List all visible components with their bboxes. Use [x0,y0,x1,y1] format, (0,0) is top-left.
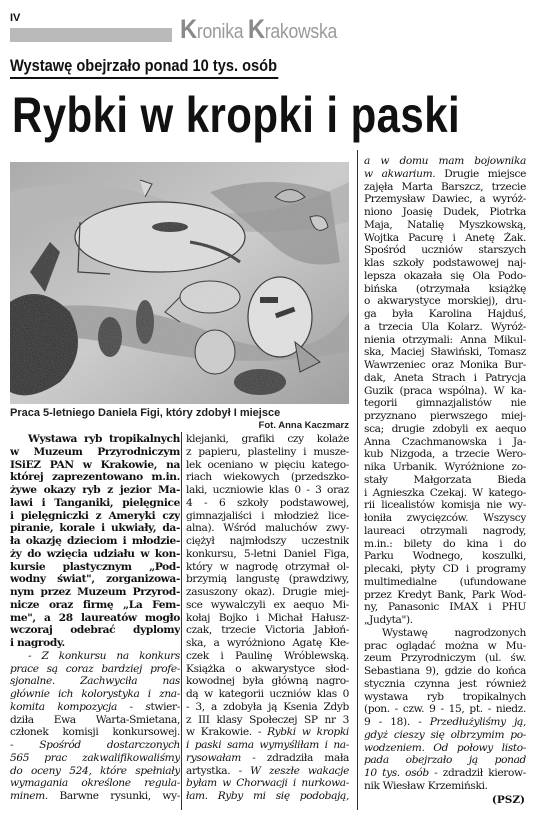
text-line: czak, trzecie Victoria Jabłoń- [186,624,349,637]
text-line: łoniła zwycięzców. Wszyscy [364,512,526,525]
text-line: i Agnieszka Czekaj. W katego- [364,487,526,500]
text-line: rii licealistów komisja nie wy- [364,499,526,512]
text-line: ska, a wyróżniono Agatę Kłe- [186,637,349,650]
text-line: lek oceniano w pięciu katego- [186,459,349,472]
text-line: rysowałam - zdradziła mała [186,752,349,765]
text-line: alna). Wśród maluchów zwy- [186,522,349,535]
text-line: plecaki, płyty CD i programy [364,563,526,576]
text-line: - 3, a zdobyła ją Ksenia Zdyb [186,701,349,714]
text-line: Maja, Natalię Myszkowską, [364,219,526,232]
text-line: ży do wzięcia udziału w kon- [10,548,180,561]
text-line: w akwarium. Drugie miejsce [364,168,526,181]
text-line: tegorii gimnazjalistów nie [364,397,526,410]
text-line: i paski sama wymyśliłam i na- [186,739,349,752]
text-line: kub Nizgoda, a trzecie Wero- [364,448,526,461]
text-line: sjonalne. Zachwyciła nas [10,675,180,688]
text-line: przez Kredyt Bank, Park Wod- [364,589,526,602]
text-line: komita kompozycja - stwier- [10,701,180,714]
text-line: pada obejrzało ją ponad [364,754,526,767]
text-line: wczoraj odebrać dyplomy [10,624,180,637]
text-line: 9 - 18). - Przedłużyliśmy ją, [364,716,526,729]
article-column-2: klejanki, grafiki czy kolażez papieru, p… [186,433,349,803]
text-line: wymagania określone regula- [10,777,180,790]
section-title-part: ronika [197,21,248,43]
text-line: klas szkoły podstawowej naj- [364,257,526,270]
text-line: m.in.: bilety do kina i do [364,538,526,551]
text-line: wodny świat", zorganizowa- [10,573,180,586]
text-line: łam. Ryby mi się podobają, [186,790,349,803]
text-line: nika Urbanik. Wyróżnione zo- [364,461,526,474]
text-line: Spośród uczniów starszych [364,244,526,257]
text-line: kursie plastycznym „Pod- [10,561,180,574]
text-line: 565 prac zakwalifikowaliśmy [10,752,180,765]
column-divider [181,432,182,810]
text-line: wystawa ryb tropikalnych [364,691,526,704]
text-line: ga była Karolina Hajduś, [364,308,526,321]
text-line: stały Małgorzata Bieda [364,474,526,487]
article-column-1: Wystawa ryb tropikalnychw Muzeum Przyrod… [10,433,180,803]
text-line: żywe okazy ryb z jezior Ma- [10,484,180,497]
text-line: Anna Czachmanowska i Ja- [364,436,526,449]
text-line: riach wiekowych (przedszko- [186,471,349,484]
fish-drawing-image [10,162,349,404]
text-line: artystka. - W zeszłe wakacje [186,765,349,778]
text-line: multimedialne (ufundowane [364,576,526,589]
section-title: Kronika Krakowska [180,14,337,45]
section-title-part: rakowska [265,21,337,43]
text-line: przyznano pierwszego miej- [364,410,526,423]
text-line: Wystawa ryb tropikalnych [10,433,180,446]
text-line: - Z konkursu na konkurs [10,650,180,663]
text-line: piranie, korale i ukwiały, da- [10,522,180,535]
text-line: byłam w Chorwacji i nurkowa- [186,777,349,790]
text-line: Wystawę nagrodzonych [364,627,526,640]
text-line: o akwarystyce morskiej), dru- [364,295,526,308]
text-line: nienia otrzymali: Anna Mikul- [364,334,526,347]
text-line: gimnazjaliści i młodzież lice- [186,510,349,523]
text-line: sce wywalczyli ex aequo Mi- [186,599,349,612]
text-line: wodzeniem. Od połowy listo- [364,742,526,755]
text-line: prac oglądać można w Mu- [364,640,526,653]
text-line: a w domu mam bojownika [364,155,526,168]
article-photo [10,162,349,404]
text-line: kołaj Bojko i Michał Hałusz- [186,612,349,625]
section-bar [10,28,172,42]
text-line: czek i Paulinę Wróblewską. [186,650,349,663]
text-line: i pielęgniczki z Ameryki czy [10,510,180,523]
text-line: Wojtka Pacurę i Anetę Żak. [364,232,526,245]
text-line: sca; drugie zdobyli ex aequo [364,423,526,436]
text-line: zasuszony okaz). Drugie miej- [186,586,349,599]
text-line: - Spośród dostarczonych [10,739,180,752]
text-line: nik Wiesław Krzemiński. [364,780,526,793]
text-line: który w nagrodę otrzymał ol- [186,561,349,574]
text-line: prace są coraz bardziej profe- [10,663,180,676]
text-line: zajęła Marta Barszcz, trzecie [364,181,526,194]
author-signature: (PSZ) [492,794,525,806]
text-line: konkursu, 5-letni Daniel Figa, [186,548,349,561]
text-line: do oceny 524, które spełniały [10,765,180,778]
text-line: dak, Aneta Strach i Patrycja [364,372,526,385]
article-kicker: Wystawę obejrzało ponad 10 tys. osób [10,56,278,79]
text-line: nicze oraz firmę „La Fem- [10,599,180,612]
text-line: laureaci otrzymali nagrody, [364,525,526,538]
text-line: dziła Ewa Warta-Śmietana, [10,714,180,727]
text-line: klejanki, grafiki czy kolaże [186,433,349,446]
text-line: bińska (otrzymała książkę [364,283,526,296]
text-line: 4 - 6 szkoły podstawowej, [186,497,349,510]
text-line: „Judyta"). [364,614,526,627]
article-headline: Rybki w kropki i paski [12,88,440,142]
photo-caption: Praca 5-letniego Daniela Figi, który zdo… [10,407,350,419]
text-line: lepsza okazała się Ola Podo- [364,270,526,283]
text-line: lawi i Tanganiki, pielęgnice [10,497,180,510]
section-title-initial: K [248,14,265,44]
text-line: minem. Barwne rysunki, wy- [10,790,180,803]
text-line: ny, Panasonic IMAX i PHU [364,601,526,614]
text-line: ła okazję dzieciom i młodzie- [10,535,180,548]
text-line: z papieru, plasteliny i musze- [186,446,349,459]
text-line: gdyż cieszy się olbrzymim po- [364,729,526,742]
section-title-initial: K [180,14,197,44]
text-line: me", a 28 laureatów mogło [10,612,180,625]
text-line: członek komisji konkursowej. [10,726,180,739]
text-line: laki, uczniowie klas 0 - 3 oraz [186,484,349,497]
text-line: Książka o akwarystyce słod- [186,663,349,676]
text-line: Przemysław Dawiec, a wyróż- [364,193,526,206]
article-column-3: a w domu mam bojownikaw akwarium. Drugie… [364,155,526,793]
text-line: z III klasy Społeczej SP nr 3 [186,714,349,727]
text-line: i nagrody. [10,637,180,650]
text-line: Parku Wodnego, koszulki, [364,550,526,563]
text-line: głównie ich kolorystyka i zna- [10,688,180,701]
text-line: Wawrzeniec oraz Monika Bur- [364,359,526,372]
kicker-text: Wystawę obejrzało ponad 10 tys. osób [10,56,277,76]
text-line: (pon. - czw. 9 - 15, pt. - niedz. [364,703,526,716]
text-line: ska, Maciej Sławiński, Tomasz [364,346,526,359]
text-line: niono Joasię Dudek, Piotrka [364,206,526,219]
text-line: 10 tys. osób - zdradził kierow- [364,767,526,780]
photo-credit: Fot. Anna Kaczmarz [259,420,349,431]
text-line: ISiEZ PAN w Krakowie, na [10,459,180,472]
text-line: której zaprezentowano m.in. [10,471,180,484]
text-line: w Muzeum Przyrodniczym [10,446,180,459]
text-line: dą w kategorii uczniów klas 0 [186,688,349,701]
text-line: w Krakowie. - Rybki w kropki [186,726,349,739]
text-line: nym przez Muzeum Przyrod- [10,586,180,599]
text-line: ciężył najmłodszy uczestnik [186,535,349,548]
text-line: Guzik (praca wspólna). W ka- [364,385,526,398]
page-number: IV [10,12,20,24]
text-line: kowodnej była główną nagro- [186,675,349,688]
newspaper-page: IV Kronika Krakowska Wystawę obejrzało p… [0,0,533,815]
text-line: Sebastiana 9), gdzie do końca [364,665,526,678]
text-line: brzymią langustę (prawdziwy, [186,573,349,586]
text-line: a trzecia Ula Kolarz. Wyróż- [364,321,526,334]
column-divider [357,150,358,810]
text-line: zeum Przyrodniczym (ul. św. [364,652,526,665]
text-line: stycznia czynna jest również [364,678,526,691]
